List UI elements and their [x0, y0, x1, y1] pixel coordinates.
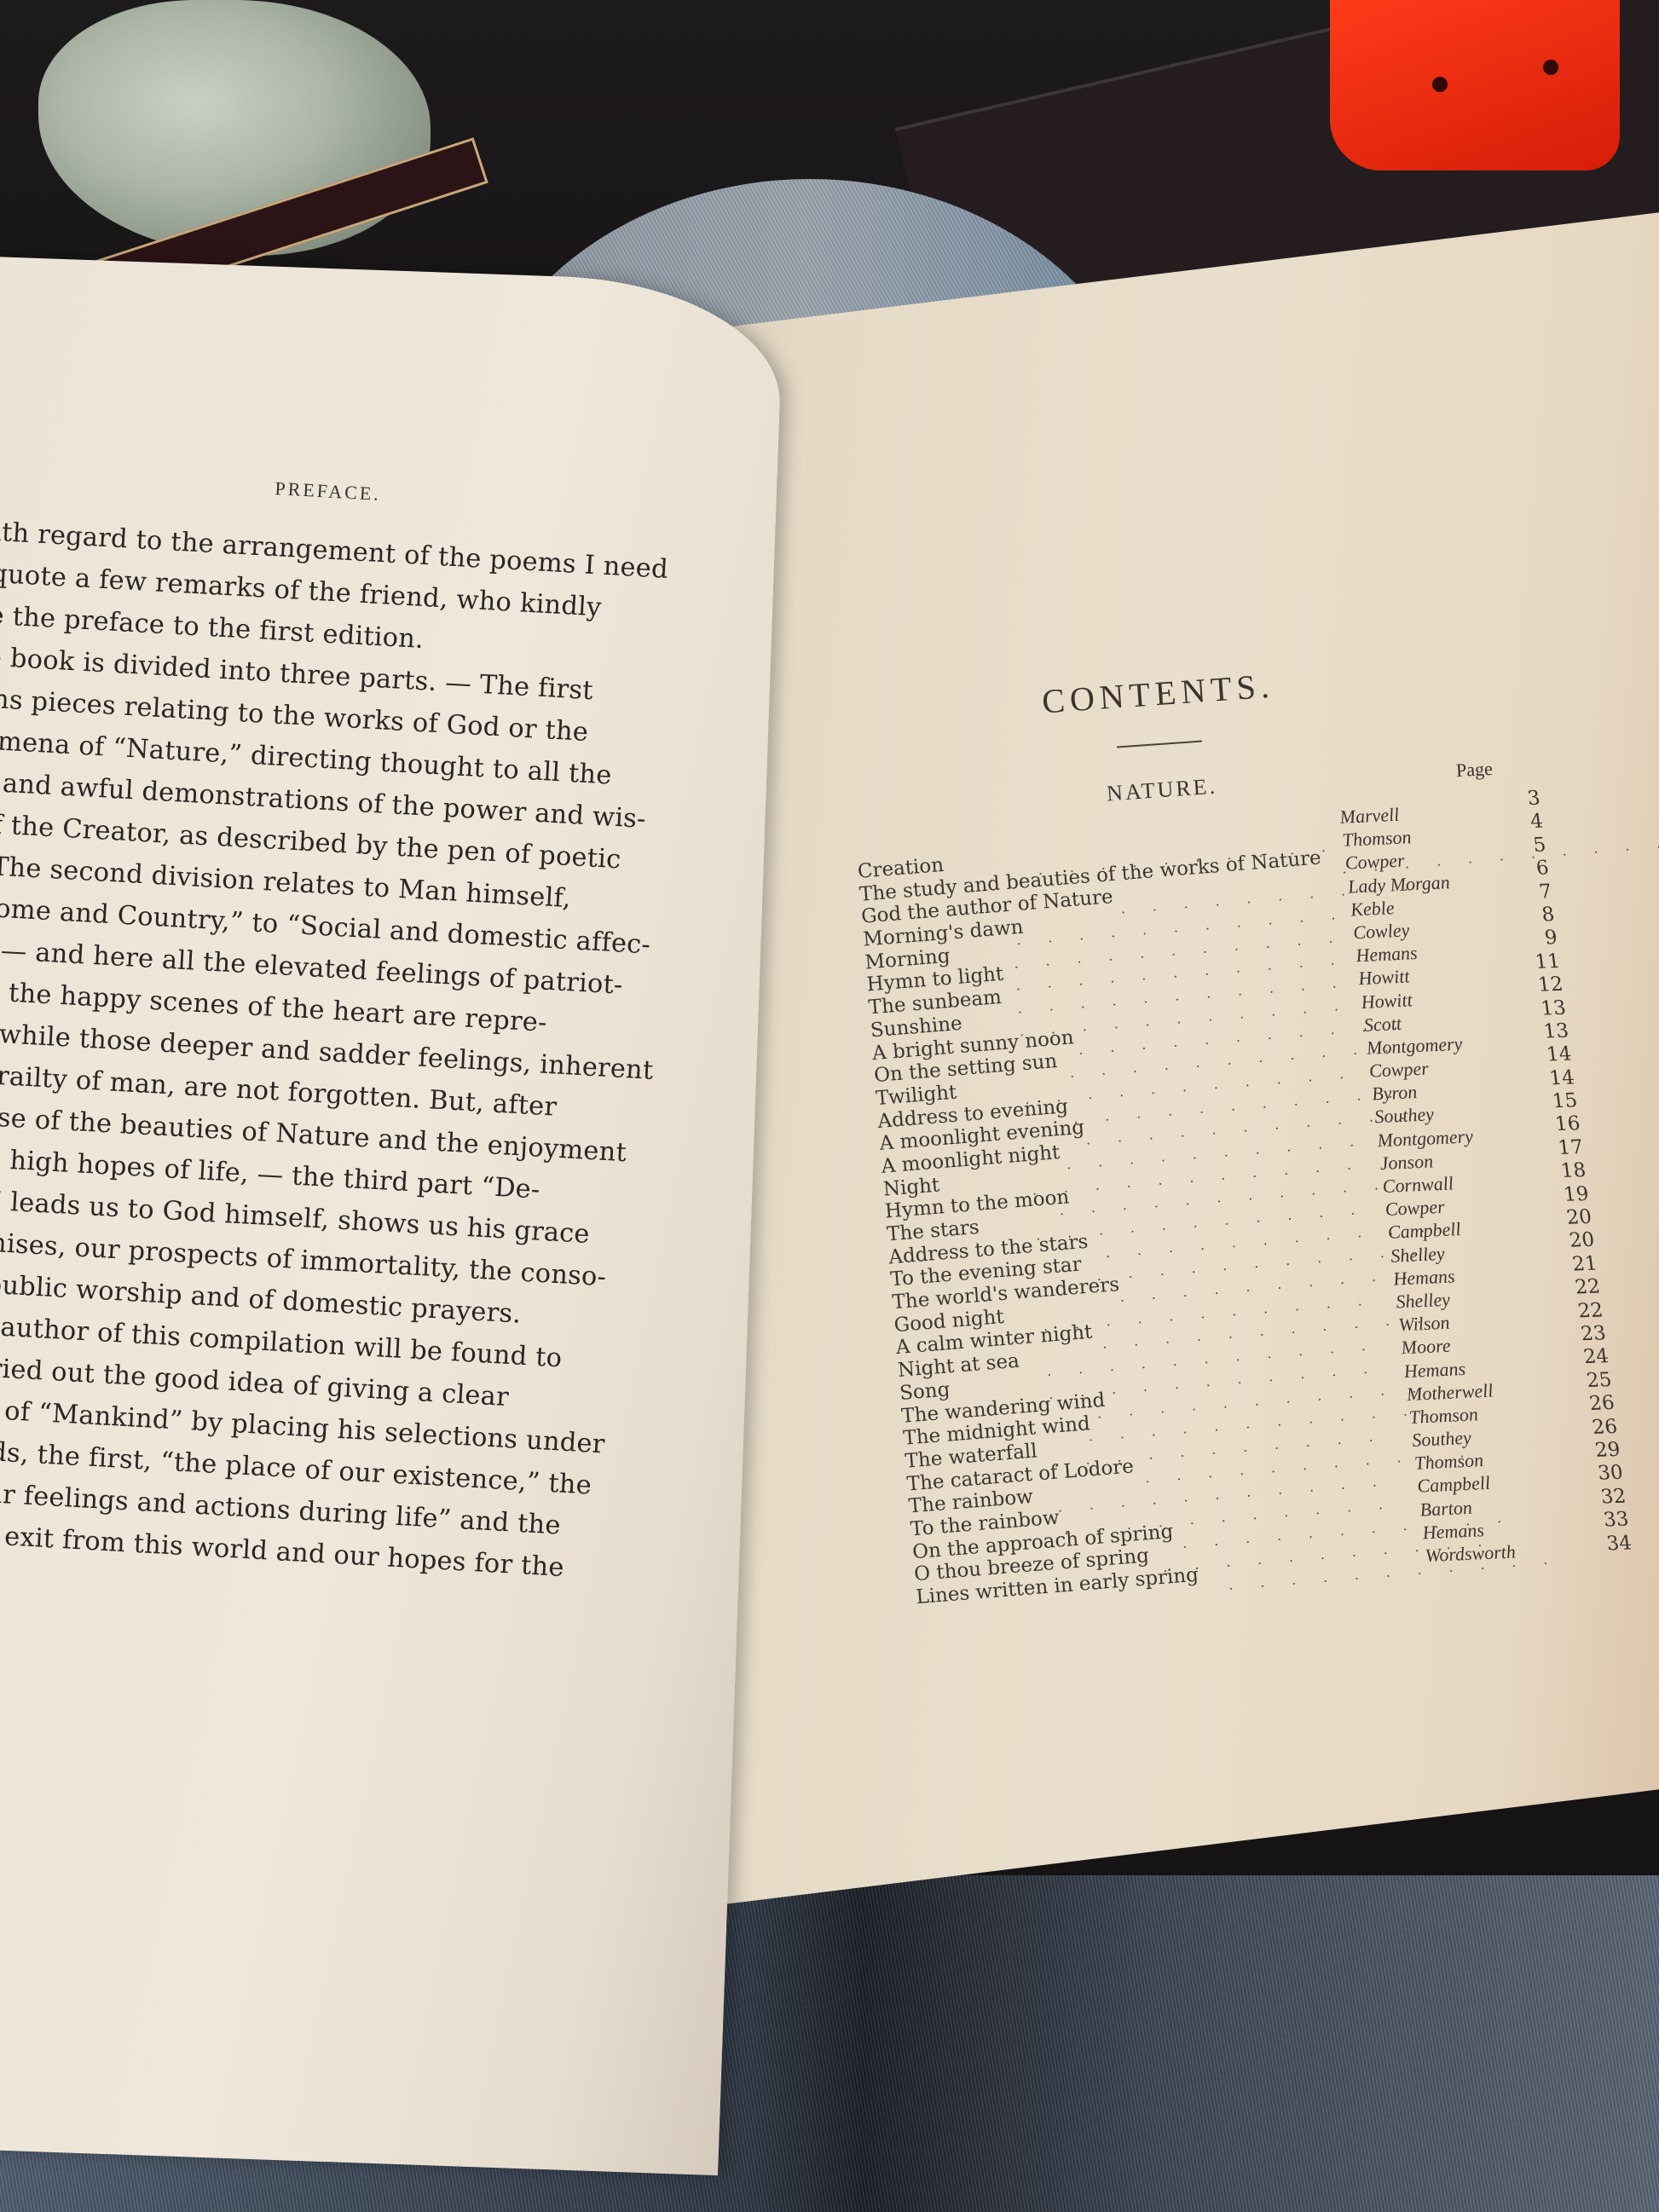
toc-entry-page: 30	[1587, 1462, 1624, 1487]
toc-entry-page: 21	[1562, 1252, 1598, 1277]
toc-entry-page: 26	[1579, 1392, 1616, 1417]
toc-entry-page: 13	[1530, 996, 1567, 1021]
toc-entry-page: 20	[1559, 1229, 1596, 1254]
toc-entry-page: 9	[1522, 927, 1558, 951]
toc-entry-page: 20	[1556, 1206, 1593, 1231]
toc-entry-author: Montgomery	[1365, 1031, 1470, 1059]
toc-entry-author: Wordsworth	[1424, 1539, 1529, 1567]
toc-entry-page: 34	[1596, 1532, 1633, 1556]
toc-entry-page: 17	[1547, 1136, 1584, 1161]
toc-entry-page: 29	[1585, 1439, 1621, 1464]
toc-entry-page: 22	[1568, 1299, 1604, 1324]
toc-entry-page: 24	[1573, 1346, 1610, 1371]
toc-entry-page: 19	[1553, 1183, 1590, 1208]
toc-entry-page: 14	[1539, 1066, 1575, 1091]
toc-entry-page: 8	[1519, 904, 1556, 928]
toc-entry-page: 6	[1513, 857, 1550, 881]
toc-entry-author: Lady Morgan	[1346, 870, 1451, 898]
toc-entry-page: 15	[1542, 1089, 1579, 1114]
toc-entry-page: 4	[1507, 811, 1544, 835]
toc-entry-page: 25	[1576, 1369, 1613, 1394]
toc-entry-page: 5	[1511, 834, 1547, 858]
toc-entry-page: 33	[1593, 1509, 1630, 1533]
toc-entry-author: Montgomery	[1376, 1124, 1481, 1152]
toc-entry-page: 12	[1528, 973, 1564, 998]
toc-entry-page: 3	[1505, 788, 1541, 812]
toc-entry-author: Motherwell	[1405, 1377, 1510, 1405]
toc-entry-page: 18	[1551, 1159, 1587, 1184]
red-plastic-object	[1330, 0, 1620, 170]
page-column-label: Page	[1455, 758, 1493, 782]
preface-paragraphs: ith regard to the arrangement of the poe…	[0, 511, 683, 1634]
toc-entry-page: 32	[1591, 1485, 1627, 1510]
toc-entry-page: 23	[1570, 1322, 1607, 1347]
toc-entry-page: 11	[1524, 950, 1561, 975]
toc-entry-page: 13	[1534, 1020, 1570, 1045]
toc-entry-page: 14	[1536, 1043, 1573, 1068]
toc-entry-page: 26	[1581, 1415, 1618, 1440]
toc-entry-page: 16	[1545, 1113, 1581, 1138]
toc-entry-page: 7	[1516, 881, 1552, 905]
toc-entry-page: 22	[1564, 1276, 1601, 1301]
